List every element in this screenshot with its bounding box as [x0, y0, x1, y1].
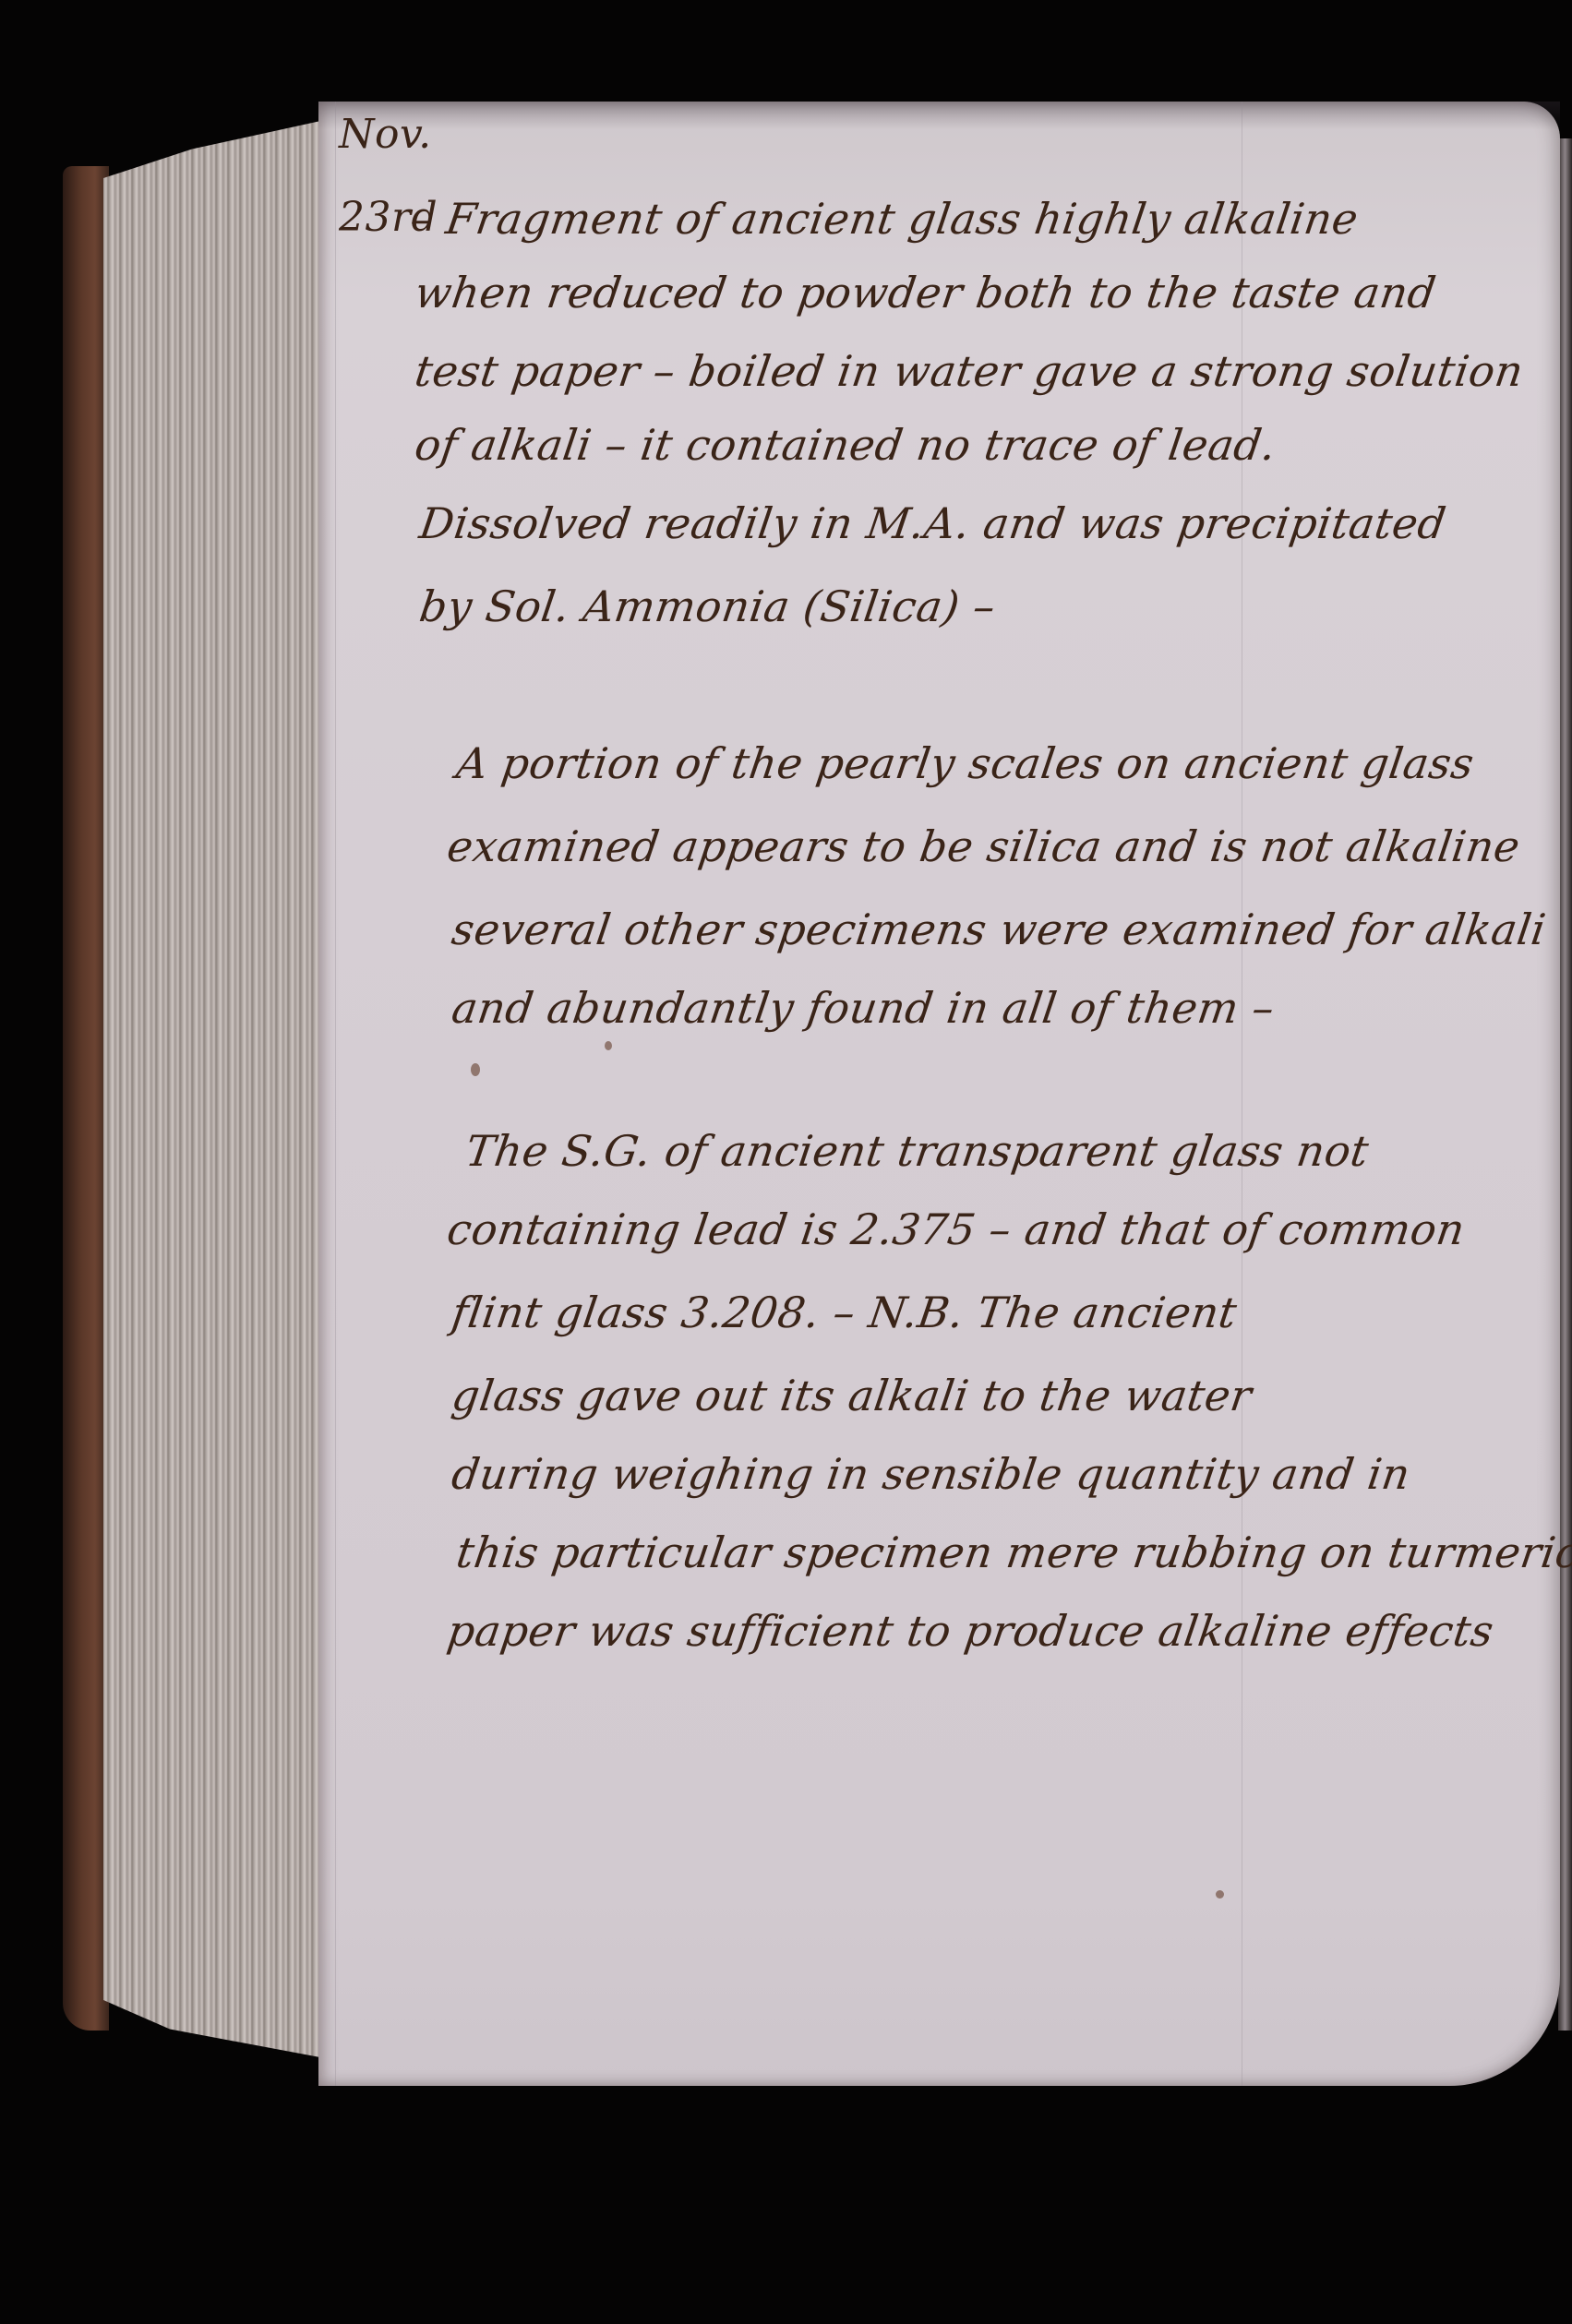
next-leaf-edge: [1558, 138, 1572, 2031]
entry-3-line-5: during weighing in sensible quantity and…: [452, 1449, 1410, 1499]
book-photograph: Nov. 23rd – Fragment of ancient glass hi…: [0, 0, 1572, 2324]
entry-3-line-3: flint glass 3.208. – N.B. The ancient: [452, 1288, 1237, 1337]
entry-2-line-3: several other specimens were examined fo…: [452, 904, 1545, 954]
fold-rule: [1242, 102, 1242, 2086]
ink-dot: [1216, 1890, 1224, 1899]
entry-1-line-5: Dissolved readily in M.A. and was precip…: [420, 498, 1446, 548]
entry-1-line-2: when reduced to powder both to the taste…: [415, 268, 1435, 317]
entry-3-line-6: this particular specimen mere rubbing on…: [457, 1527, 1572, 1577]
page-edges-stack: [103, 120, 325, 2058]
entry-1-line-4: of alkali – it contained no trace of lea…: [415, 420, 1276, 470]
entry-1-line-1: – Fragment of ancient glass highly alkal…: [411, 194, 1358, 244]
entry-2-line-2: examined appears to be silica and is not…: [448, 821, 1519, 871]
ink-stain: [605, 1041, 612, 1050]
leather-cover-edge: [63, 166, 109, 2031]
entry-2-line-1: A portion of the pearly scales on ancien…: [457, 738, 1474, 788]
entry-1-line-6: by Sol. Ammonia (Silica) –: [420, 581, 995, 631]
entry-3-line-1: The S.G. of ancient transparent glass no…: [466, 1126, 1369, 1176]
entry-1-line-3: test paper – boiled in water gave a stro…: [415, 346, 1523, 396]
ink-stain: [471, 1063, 480, 1076]
entry-2-line-4: and abundantly found in all of them –: [452, 983, 1274, 1033]
entry-3-line-2: containing lead is 2.375 – and that of c…: [448, 1204, 1465, 1254]
entry-3-line-4: glass gave out its alkali to the water: [452, 1371, 1252, 1420]
notebook-page: Nov. 23rd – Fragment of ancient glass hi…: [318, 102, 1560, 2086]
margin-month: Nov.: [339, 111, 432, 158]
margin-rule: [335, 102, 336, 2086]
entry-3-line-7: paper was sufficient to produce alkaline…: [448, 1606, 1494, 1656]
